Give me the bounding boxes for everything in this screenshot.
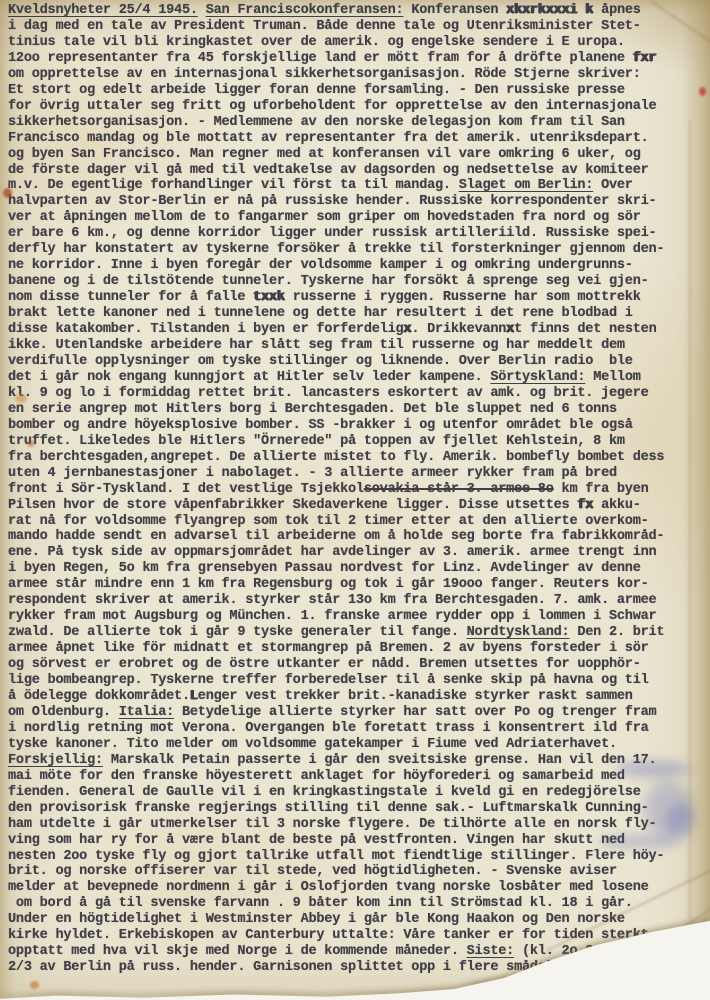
text-line: ikke. Utenlandske arbeidere har slått se… (8, 338, 707, 354)
text-line: om bord å gå til svenske farvann . 9 båt… (8, 896, 707, 912)
text-line: respondent skriver at amerik. styrker st… (8, 593, 707, 609)
text-line: zwald. De allierte tok i går 9 tyske gen… (8, 625, 707, 641)
text-line: å ödelegge dokkområdet.Lenger vest trekk… (8, 689, 707, 705)
text-line: banene og i de tilstötende tunneler. Tys… (8, 274, 707, 290)
text-segment: å ödelegge dokkområdet. (8, 689, 190, 704)
text-line: rykker fram mot Augsburg og München. 1. … (8, 609, 707, 625)
text-segment: rykker fram mot Augsburg og München. 1. … (8, 609, 656, 624)
text-line: er bare 6 km., og denne korridor ligger … (8, 226, 707, 242)
text-segment: akku- (593, 498, 640, 513)
text-line: front i Sör-Tyskland. I det vestlige Tsj… (8, 482, 707, 498)
text-line: 12oo representanter fra 45 forskjellige … (8, 51, 707, 67)
text-segment: opptatt med hva vil skje med Norge i de … (8, 944, 467, 959)
text-line: 2/3 av Berlin på russ. hender. Garnisone… (8, 960, 707, 976)
text-segment: brakt lette kanoner ned i tunnelene og d… (8, 306, 633, 321)
text-segment: disse katakomber. Tilstanden i byen er f… (8, 322, 403, 337)
text-segment: Pilsen hvor de store våpenfabrikker Sked… (8, 498, 577, 513)
text-segment: t finns det nesten (514, 322, 656, 337)
text-line: om Oldenburg. Italia: Betydelige alliert… (8, 705, 707, 721)
text-segment: melder at bevepnede nordmenn i går i Osl… (8, 880, 649, 895)
text-segment: Francisco mandag og ble mottatt av repre… (8, 131, 649, 146)
text-segment: tyske kanoner. Tito melder om voldsomme … (8, 737, 617, 752)
text-segment: Under en högtidelighet i Westminster Abb… (8, 912, 625, 927)
text-segment: for övrig uttaler seg fritt og uforbehol… (8, 99, 656, 114)
section-heading: Nordtyskland: (467, 625, 570, 640)
text-line: melder at bevepnede nordmenn i går i Osl… (8, 880, 707, 896)
text-segment: ne korridor. Inne i byen foregår der vol… (8, 258, 633, 273)
text-segment: ikke. Utenlandske arbeidere har slått se… (8, 338, 625, 353)
text-segment: truffet. Likeledes ble Hitlers "Örnerede… (8, 434, 625, 449)
text-segment: kl. 9 og lo i formiddag rettet brit. lan… (8, 386, 649, 401)
text-segment: mai möte for den franske höyesterett ank… (8, 769, 625, 784)
document-page: Kveldsnyheter 25/4 1945. San Franciscoko… (0, 0, 710, 1000)
text-line: opptatt med hva vil skje med Norge i de … (8, 944, 707, 960)
text-segment: m.v. De egentlige forhandlinger vil förs… (8, 178, 459, 193)
text-segment: derfly har konstatert av tyskerne forsök… (8, 242, 664, 257)
paper-crease (689, 120, 691, 920)
text-segment: Betydelige allierte styrker har satt ove… (174, 705, 656, 720)
text-line: i nordlig retning mot Verona. Overgangen… (8, 721, 707, 737)
text-line: ver at åpningen mellom de to fangarmer s… (8, 210, 707, 226)
text-line: armee åpnet like för midnatt et stormang… (8, 641, 707, 657)
section-heading: Sörtyskland: (490, 370, 585, 385)
text-segment: ene. På tysk side av oppmarsjområdet har… (8, 545, 656, 560)
text-segment: armee står mindre enn 1 km fra Regensbur… (8, 577, 649, 592)
text-segment: og byen San Francisco. Man regner med at… (8, 147, 641, 162)
text-line: lige bombeangrep. Tyskerne treffer forbe… (8, 673, 707, 689)
text-segment: fienden. General de Gaulle vil i en krin… (8, 785, 641, 800)
text-segment: Konferansen (403, 3, 506, 18)
text-line: ving som har ry for å være blant de best… (8, 833, 707, 849)
text-segment: nom disse tunneler for å falle (8, 290, 253, 305)
text-segment: Mellom (585, 370, 640, 385)
text-line: en serie angrep mot Hitlers borg i Berch… (8, 402, 707, 418)
text-segment: om bord å gå til svenske farvann . 9 båt… (8, 896, 633, 911)
text-line: armee står mindre enn 1 km fra Regensbur… (8, 577, 707, 593)
text-line: Et stort og edelt arbeide ligger foran d… (8, 83, 707, 99)
text-line: fra berchtesgaden,angrepet. De allierte … (8, 450, 707, 466)
text-line: bomber og andre höyeksplosive bomber. SS… (8, 418, 707, 434)
section-heading: Italia: (119, 705, 174, 720)
text-line: nom disse tunneler for å falle txxk russ… (8, 290, 707, 306)
text-segment: xkxrkxxxi (506, 3, 577, 18)
text-segment: mando hadde sendt en advarsel til arbeid… (8, 529, 664, 544)
text-segment: lige bombeangrep. Tyskerne treffer forbe… (8, 673, 649, 688)
section-heading: Forskjellig: (8, 753, 103, 768)
text-line: i byen Regen, 5o km fra grensebyen Passa… (8, 561, 707, 577)
text-segment: txxk (253, 290, 285, 305)
text-segment: bomber og andre höyeksplosive bomber. SS… (8, 418, 633, 433)
text-line: halvparten av Stor-Berlin er nå på russi… (8, 194, 707, 210)
text-line: Under en högtidelighet i Westminster Abb… (8, 912, 707, 928)
text-line: sikkerhetsorganisasjon. - Medlemmene av … (8, 115, 707, 131)
text-segment: i byen Regen, 5o km fra grensebyen Passa… (8, 561, 641, 576)
text-segment: enger vest trekker brit.-kanadiske styrk… (198, 689, 633, 704)
text-line: ene. På tysk side av oppmarsjområdet har… (8, 545, 707, 561)
text-line: brakt lette kanoner ned i tunnelene og d… (8, 306, 707, 322)
text-segment: russerne i ryggen. Russerne har som mott… (285, 290, 641, 305)
rust-spot (30, 981, 39, 989)
text-segment: det i går nok engang kunngjort at Hitler… (8, 370, 490, 385)
text-segment: L (190, 689, 198, 704)
text-segment: fra berchtesgaden,angrepet. De allierte … (8, 450, 664, 465)
text-segment: Et stort og edelt arbeide ligger foran d… (8, 83, 625, 98)
text-line: og byen San Francisco. Man regner med at… (8, 147, 707, 163)
text-segment: respondent skriver at amerik. styrker st… (8, 593, 656, 608)
text-line: fienden. General de Gaulle vil i en krin… (8, 785, 707, 801)
text-segment: sikkerhetsorganisasjon. - Medlemmene av … (8, 115, 625, 130)
text-line: uten 4 jernbanestasjoner i nabolaget. - … (8, 466, 707, 482)
text-segment: verdifulle opplysninger om tyske stillin… (8, 354, 633, 369)
text-segment: ving som har ry for å være blant de best… (8, 833, 625, 848)
text-segment: fxr (633, 51, 657, 66)
text-segment: Over (593, 178, 633, 193)
text-line: nesten 2oo tyske fly og gjort tallrike u… (8, 849, 707, 865)
text-segment: om Oldenburg. (8, 705, 119, 720)
text-segment: (kl. 2o,3o) (514, 944, 609, 959)
text-segment: sovakia står 3. armee 8o (364, 482, 554, 497)
text-segment: Den 2. brit (569, 625, 664, 640)
text-line: mando hadde sendt en advarsel til arbeid… (8, 529, 707, 545)
text-segment: km fra byen (554, 482, 649, 497)
text-line: om opprettelse av en internasjonal sikke… (8, 67, 707, 83)
text-line: og sörvest er erobret og de östre utkant… (8, 657, 707, 673)
text-line: mai möte for den franske höyesterett ank… (8, 769, 707, 785)
text-segment: banene og i de tilstötende tunneler. Tys… (8, 274, 649, 289)
text-line: i dag med en tale av President Truman. B… (8, 19, 707, 35)
text-segment: og sörvest er erobret og de östre utkant… (8, 657, 641, 672)
text-segment: er bare 6 km., og denne korridor ligger … (8, 226, 656, 241)
text-segment (198, 3, 206, 18)
text-segment: rat nå for voldsomme flyangrep som tok t… (8, 514, 649, 529)
text-line: Pilsen hvor de store våpenfabrikker Sked… (8, 498, 707, 514)
text-line: disse katakomber. Tilstanden i byen er f… (8, 322, 707, 338)
text-line: den provisorisk franske regjerings still… (8, 801, 707, 817)
text-segment: de förste dager vil gå med til vedtakels… (8, 163, 649, 178)
text-segment: fx (577, 498, 593, 513)
text-segment: en serie angrep mot Hitlers borg i Berch… (8, 402, 617, 417)
text-line: for övrig uttaler seg fritt og uforbehol… (8, 99, 707, 115)
text-line: tinius tale vil bli kringkastet over de … (8, 35, 707, 51)
text-line: derfly har konstatert av tyskerne forsök… (8, 242, 707, 258)
text-segment: . Drikkevann (411, 322, 506, 337)
text-segment: om opprettelse av en internasjonal sikke… (8, 67, 641, 82)
text-segment: åpnes (593, 3, 640, 18)
text-line: kl. 9 og lo i formiddag rettet brit. lan… (8, 386, 707, 402)
text-segment: brit. og norske offiserer var til stede,… (8, 864, 617, 879)
text-segment: x (506, 322, 514, 337)
text-segment: i dag med en tale av President Truman. B… (8, 19, 641, 34)
text-segment: 2/3 av Berlin på russ. hender. Garnisone… (8, 960, 577, 975)
text-line: truffet. Likeledes ble Hitlers "Örnerede… (8, 434, 707, 450)
text-segment: halvparten av Stor-Berlin er nå på russi… (8, 194, 656, 209)
text-segment: den provisorisk franske regjerings still… (8, 801, 649, 816)
text-line: rat nå for voldsomme flyangrep som tok t… (8, 514, 707, 530)
section-heading: Kveldsnyheter 25/4 1945. (8, 3, 198, 18)
text-segment: kirke hyldet. Erkebiskopen av Canterbury… (8, 928, 649, 943)
text-line: Forskjellig: Marskalk Petain passerte i … (8, 753, 707, 769)
text-segment: armee åpnet like för midnatt et stormang… (8, 641, 649, 656)
text-segment: 12oo representanter fra 45 forskjellige … (8, 51, 633, 66)
text-segment: ver at åpningen mellom de to fangarmer s… (8, 210, 641, 225)
text-line: brit. og norske offiserer var til stede,… (8, 864, 707, 880)
text-segment: uten 4 jernbanestasjoner i nabolaget. - … (8, 466, 617, 481)
text-segment: i nordlig retning mot Verona. Overgangen… (8, 721, 649, 736)
text-line: kirke hyldet. Erkebiskopen av Canterbury… (8, 928, 707, 944)
text-line: verdifulle opplysninger om tyske stillin… (8, 354, 707, 370)
text-segment: tinius tale vil bli kringkastet over de … (8, 35, 625, 50)
text-line: Francisco mandag og ble mottatt av repre… (8, 131, 707, 147)
text-line: de förste dager vil gå med til vedtakels… (8, 163, 707, 179)
text-segment: nesten 2oo tyske fly og gjort tallrike u… (8, 849, 664, 864)
text-line: m.v. De egentlige forhandlinger vil förs… (8, 178, 707, 194)
text-segment: ham utdelte i går utmerkelser til 3 nors… (8, 817, 656, 832)
text-segment: zwald. De allierte tok i går 9 tyske gen… (8, 625, 467, 640)
text-line: tyske kanoner. Tito melder om voldsomme … (8, 737, 707, 753)
typewritten-text: Kveldsnyheter 25/4 1945. San Franciscoko… (8, 3, 707, 976)
text-line: ham utdelte i går utmerkelser til 3 nors… (8, 817, 707, 833)
text-segment: Marskalk Petain passerte i går den sveit… (103, 753, 657, 768)
section-heading: San Franciscokonferansen: (206, 3, 404, 18)
text-line: Kveldsnyheter 25/4 1945. San Franciscoko… (8, 3, 707, 19)
text-segment: front i Sör-Tyskland. I det vestlige Tsj… (8, 482, 364, 497)
text-line: ne korridor. Inne i byen foregår der vol… (8, 258, 707, 274)
section-heading: Slaget om Berlin: (459, 178, 593, 193)
text-line: det i går nok engang kunngjort at Hitler… (8, 370, 707, 386)
section-heading: Siste: (467, 944, 514, 959)
